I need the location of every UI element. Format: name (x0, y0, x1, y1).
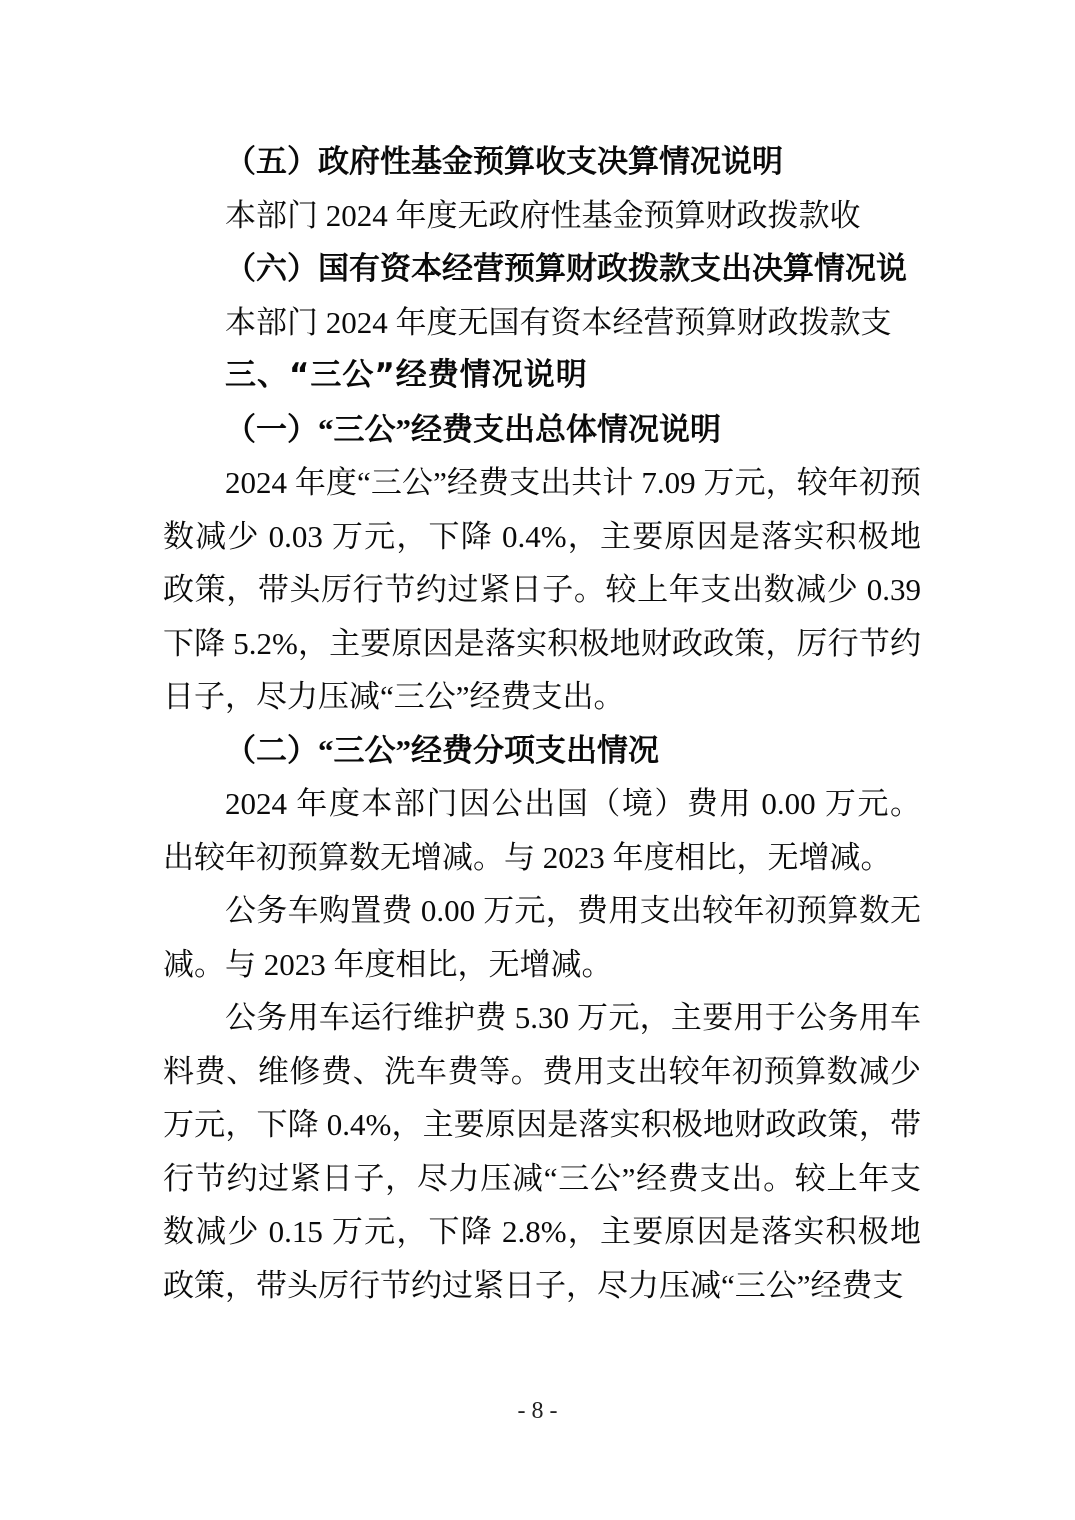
para-maintenance-line: 公务用车运行维护费 5.30 万元，主要用于公务用车燃 (163, 991, 921, 1045)
para-purchase-line: 公务车购置费 0.00 万元，费用支出较年初预算数无增 (163, 884, 921, 938)
para-overall-line: 下降 5.2%，主要原因是落实积极地财政政策，厉行节约过紧 (163, 617, 921, 671)
sub1-heading: （一）“三公”经费支出总体情况说明 (163, 403, 921, 457)
para-overall-line: 2024 年度“三公”经费支出共计 7.09 万元，较年初预算 (163, 456, 921, 510)
section6-heading: （六）国有资本经营预算财政拨款支出决算情况说明 (163, 242, 921, 296)
para-overall-line: 政策，带头厉行节约过紧日子。较上年支出数减少 0.39 万元， (163, 563, 921, 617)
section3-main-heading: 三、“三公”经费情况说明 (163, 349, 921, 403)
para-maintenance-line: 政策，带头厉行节约过紧日子，尽力压减“三公”经费支出。 (163, 1259, 921, 1313)
para-maintenance-line: 数减少 0.15 万元，下降 2.8%，主要原因是落实积极地财政 (163, 1205, 921, 1259)
section5-body-line: 本部门 2024 年度无政府性基金预算财政拨款收支。 (163, 189, 921, 243)
sub2-heading: （二）“三公”经费分项支出情况 (163, 724, 921, 778)
section6-body-line: 本部门 2024 年度无国有资本经营预算财政拨款支出。 (163, 296, 921, 350)
para-overall-line: 数减少 0.03 万元，下降 0.4%，主要原因是落实积极地财政 (163, 510, 921, 564)
document-content: （五）政府性基金预算收支决算情况说明 本部门 2024 年度无政府性基金预算财政… (163, 135, 921, 1312)
para-abroad-line: 2024 年度本部门因公出国（境）费用 0.00 万元。费用支 (163, 777, 921, 831)
para-abroad-line: 出较年初预算数无增减。与 2023 年度相比，无增减。 (163, 831, 921, 885)
section5-heading: （五）政府性基金预算收支决算情况说明 (163, 135, 921, 189)
para-overall-line: 日子，尽力压减“三公”经费支出。 (163, 670, 921, 724)
para-maintenance-line: 万元，下降 0.4%，主要原因是落实积极地财政政策，带头厉 (163, 1098, 921, 1152)
para-purchase-line: 减。与 2023 年度相比，无增减。 (163, 938, 921, 992)
document-page: （五）政府性基金预算收支决算情况说明 本部门 2024 年度无政府性基金预算财政… (0, 0, 1075, 1520)
para-maintenance-line: 料费、维修费、洗车费等。费用支出较年初预算数减少 0.02 (163, 1045, 921, 1099)
page-number: - 8 - (0, 1398, 1075, 1425)
para-maintenance-line: 行节约过紧日子，尽力压减“三公”经费支出。较上年支出 (163, 1152, 921, 1206)
